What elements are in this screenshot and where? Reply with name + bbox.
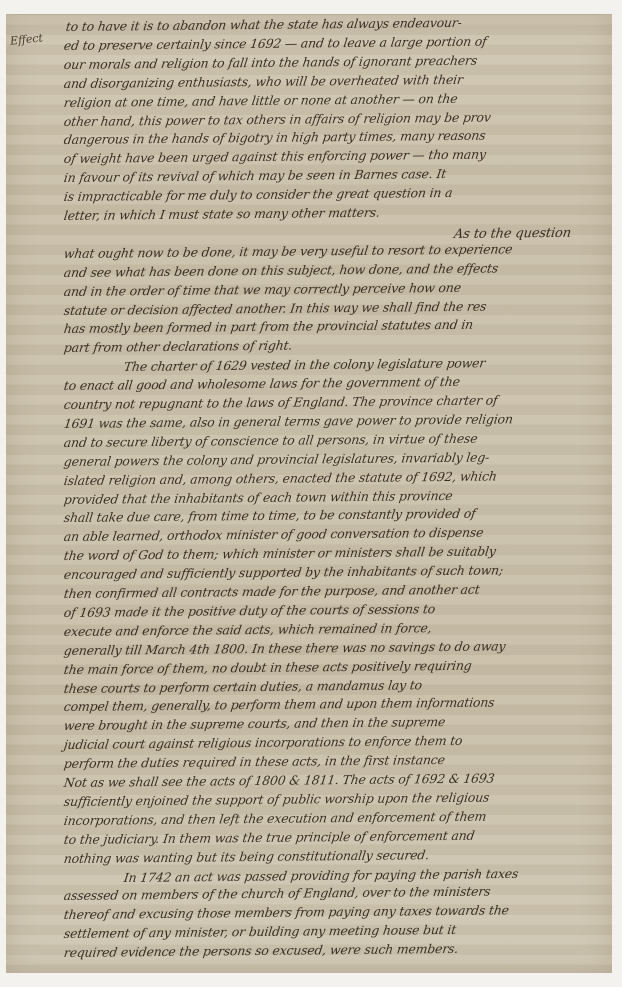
text-line: generally till March 4th 1800. In these … bbox=[63, 638, 506, 658]
text-line: and in the order of time that we may cor… bbox=[63, 279, 462, 298]
text-line: country not repugnant to the laws of Eng… bbox=[63, 392, 499, 412]
text-line: our morals and religion to fall into the… bbox=[63, 52, 478, 71]
text-line: Not as we shall see the acts of 1800 & 1… bbox=[63, 770, 495, 790]
text-line: ed to preserve certainly since 1692 — an… bbox=[63, 33, 488, 52]
text-line: compel them, generally, to perform them … bbox=[63, 695, 495, 715]
text-line: In 1742 an act was passed providing for … bbox=[123, 865, 519, 884]
text-line: nothing was wanting but its being consti… bbox=[63, 847, 430, 866]
text-line: required evidence the persons so excused… bbox=[63, 941, 459, 960]
text-line: then confirmed all contracts made for th… bbox=[63, 582, 481, 601]
text-line: religion at one time, and have little or… bbox=[63, 90, 458, 109]
text-line: provided that the inhabitants of each to… bbox=[63, 487, 453, 506]
text-line: other hand, this power to tax others in … bbox=[63, 109, 492, 128]
text-line: 1691 was the same, also in general terms… bbox=[63, 411, 514, 431]
text-line: to the judiciary. In them was the true p… bbox=[63, 827, 475, 846]
text-line: shall take due care, from time to time, … bbox=[63, 506, 477, 525]
text-line: settlement of any minister, or building … bbox=[63, 922, 457, 941]
text-line: perform the duties required in these act… bbox=[63, 752, 446, 771]
manuscript-page: Effect to to have it is to abandon what … bbox=[6, 14, 612, 973]
text-line: to to have it is to abandon what the sta… bbox=[65, 15, 463, 34]
text-line: thereof and excusing those members from … bbox=[63, 903, 510, 923]
text-line: assessed on members of the church of Eng… bbox=[63, 884, 491, 903]
text-line: sufficiently enjoined the support of pub… bbox=[63, 789, 490, 808]
text-line: general powers the colony and provincial… bbox=[63, 449, 490, 468]
text-line: execute and enforce the said acts, which… bbox=[63, 620, 433, 639]
text-line: were brought in the supreme courts, and … bbox=[63, 714, 446, 733]
text-line: what ought now to be done, it may be ver… bbox=[63, 241, 513, 261]
text-line: letter, in which I must state so many ot… bbox=[63, 205, 381, 223]
text-line: The charter of 1629 vested in the colony… bbox=[123, 355, 486, 374]
text-line: and disorganizing enthusiasts, who will … bbox=[63, 72, 464, 91]
text-line: incorporations, and then left the execut… bbox=[63, 808, 487, 827]
text-line: is impracticable for me duly to consider… bbox=[63, 185, 453, 204]
text-line: encouraged and sufficiently supported by… bbox=[63, 563, 504, 583]
text-line: dangerous in the hands of bigotry in hig… bbox=[63, 128, 486, 147]
text-line: the main force of them, no doubt in thes… bbox=[63, 657, 473, 676]
text-line: has mostly been formed in part from the … bbox=[63, 317, 474, 336]
text-line: and to secure liberty of conscience to a… bbox=[63, 430, 478, 449]
text-line: to enact all good and wholesome laws for… bbox=[63, 374, 461, 393]
text-line: of weight have been urged against this e… bbox=[63, 147, 487, 166]
text-line: an able learned, orthodox minister of go… bbox=[63, 525, 484, 544]
text-line: part from other declarations of right. bbox=[63, 338, 293, 355]
text-line: statute or decision affected another. In… bbox=[63, 298, 487, 317]
text-line: and see what has been done on this subje… bbox=[63, 260, 499, 280]
margin-note: Effect bbox=[9, 31, 43, 47]
text-line: in favour of its revival of which may be… bbox=[63, 166, 447, 185]
text-line: these courts to perform certain duties, … bbox=[63, 677, 423, 696]
text-line: As to the question bbox=[453, 226, 572, 242]
text-line: islated religion and, among others, enac… bbox=[63, 468, 498, 488]
text-line: of 1693 made it the positive duty of the… bbox=[63, 601, 436, 620]
text-line: judicial court against religious incorpo… bbox=[63, 733, 463, 752]
text-line: the word of God to them; which minister … bbox=[63, 544, 497, 564]
